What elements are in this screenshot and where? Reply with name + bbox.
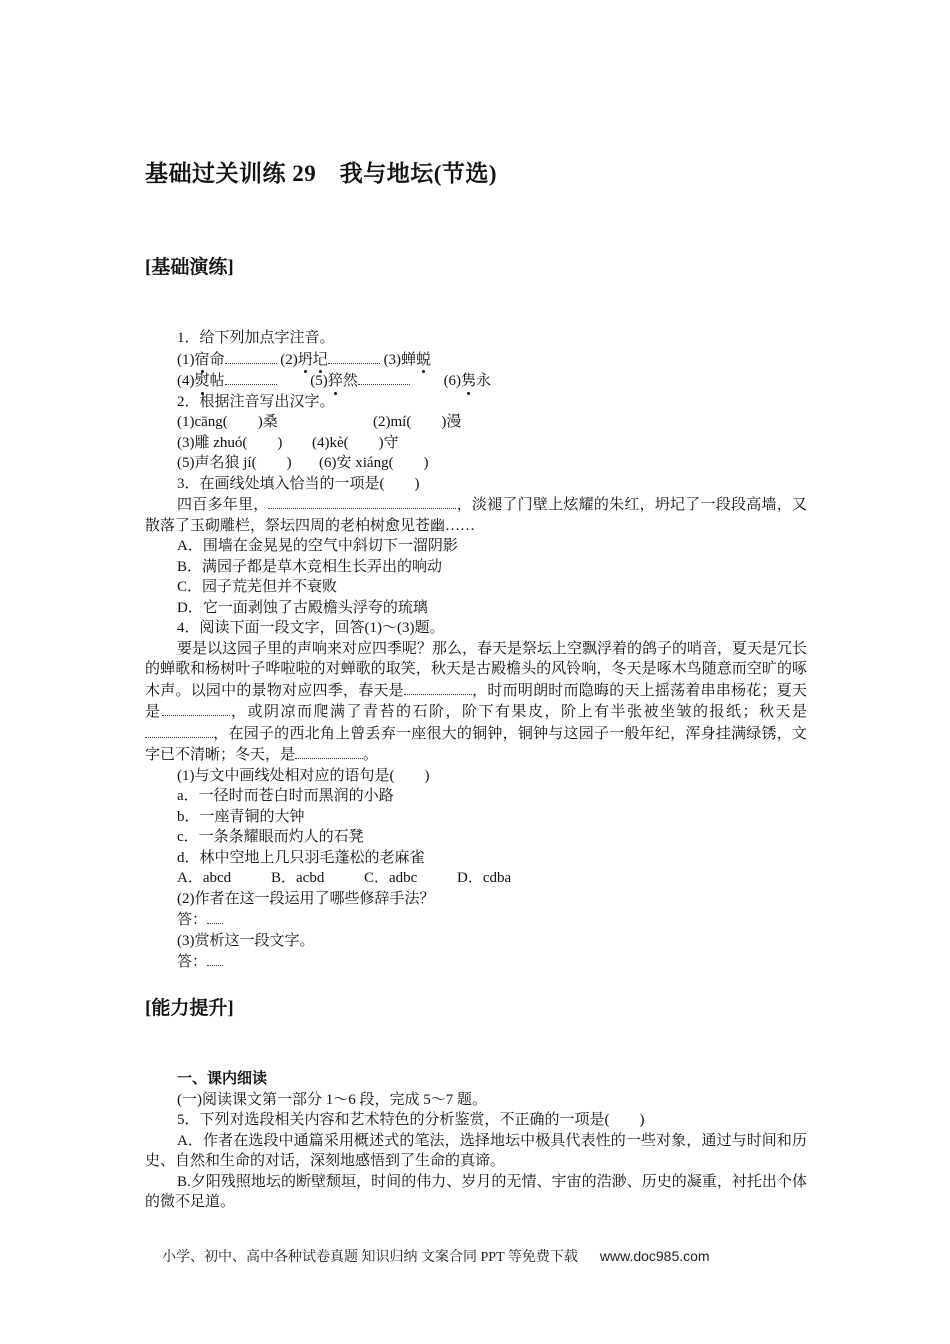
question-4-sub-1: (1)与文中画线处相对应的语句是( ) [145,766,807,787]
footer-text: 小学、初中、高中各种试卷真题 知识归纳 文案合同 PPT 等免费下载 [162,1250,578,1265]
item-3: (3)蝉蜕 [384,352,432,368]
option-b[interactable]: B．acbd [271,868,364,889]
question-1-row-1: (1)宿命 (2)坍圮 (3)蝉蜕 [145,349,807,371]
item-2: (2)坍圮 [280,352,328,368]
option-b[interactable]: B．满园子都是草木竞相生长弄出的响动 [145,557,807,578]
item-1: (1)宿命 [177,352,225,368]
answer-blank[interactable] [358,370,410,385]
answer-blank[interactable] [207,909,223,924]
question-2-row-3: (5)声名狼 jí( )(6)安 xiáng( ) [145,453,807,474]
option-d[interactable]: D．cdba [457,870,511,886]
part-1-heading: 一、课内细读 [145,1069,807,1090]
question-2-row-2: (3)雕 zhuó( )(4)kè( )守 [145,433,807,454]
question-4-sub-2: (2)作者在这一段运用了哪些修辞手法？ [145,889,807,910]
answer-blank[interactable] [145,723,213,738]
page-title: 基础过关训练 29 我与地坛(节选) [145,155,497,188]
option-d[interactable]: D．它一面剥蚀了古殿檐头浮夸的琉璃 [145,598,807,619]
answer-blank[interactable] [328,349,380,364]
question-1-row-2: (4)熨帖 (5)猝然 (6)隽永 [145,370,807,392]
question-3-passage: 四百多年里，，淡褪了门壁上炫耀的朱红，坍圮了一段段高墙，又散落了玉砌雕栏，祭坛四… [145,494,807,536]
question-5-option-b[interactable]: B.夕阳残照地坛的断壁颓垣，时间的伟力、岁月的无情、宇宙的浩渺、历史的凝重，衬托… [145,1172,807,1213]
section-heading-advanced: [能力提升] [145,993,234,1020]
option-a[interactable]: A．abcd [177,868,271,889]
option-c[interactable]: C．园子荒芜但并不衰败 [145,577,807,598]
option-a[interactable]: A．围墙在金晃晃的空气中斜切下一溜阴影 [145,536,807,557]
item-6: (6)隽永 [444,373,492,389]
question-4-options: A．abcdB．acbdC．adbcD．cdba [145,868,807,889]
question-2-row-1: (1)cāng( )桑(2)mí( )漫 [145,412,807,433]
sub-item-a: a．一径时而苍白时而黑润的小路 [145,786,807,807]
footer-url[interactable]: www.doc985.com [600,1248,710,1264]
question-1-stem: 1．给下列加点字注音。 [145,328,807,349]
part-1-intro: (一)阅读课文第一部分 1～6 段，完成 5～7 题。 [145,1090,807,1111]
question-5-option-a[interactable]: A．作者在选段中通篇采用概述式的笔法，选择地坛中极具代表性的一些对象，通过与时间… [145,1131,807,1172]
answer-blank[interactable] [268,494,456,509]
answer-line-3: 答： [145,951,807,973]
item-4: (4)熨帖 [177,373,225,389]
question-4-sub-3: (3)赏析这一段文字。 [145,931,807,952]
question-4-passage: 要是以这园子里的声响来对应四季呢？那么，春天是祭坛上空飘浮着的鸽子的哨音，夏天是… [145,639,807,766]
page-footer: 小学、初中、高中各种试卷真题 知识归纳 文案合同 PPT 等免费下载www.do… [162,1246,710,1266]
answer-blank[interactable] [207,951,223,966]
question-1: 1．给下列加点字注音。 (1)宿命 (2)坍圮 (3)蝉蜕 (4)熨帖 (5)猝… [145,328,807,973]
option-c[interactable]: C．adbc [364,868,457,889]
answer-blank[interactable] [225,370,277,385]
answer-blank[interactable] [295,744,363,759]
answer-line-2: 答： [145,909,807,931]
answer-blank[interactable] [162,701,230,716]
part-1: 一、课内细读 (一)阅读课文第一部分 1～6 段，完成 5～7 题。 5．下列对… [145,1069,807,1213]
question-4-stem: 4．阅读下面一段文字，回答(1)～(3)题。 [145,618,807,639]
sub-item-d: d．林中空地上几只羽毛蓬松的老麻雀 [145,848,807,869]
sub-item-b: b．一座青铜的大钟 [145,807,807,828]
question-5-stem: 5．下列对选段相关内容和艺术特色的分析鉴赏，不正确的一项是( ) [145,1110,807,1131]
question-2-stem: 2．根据注音写出汉字。 [145,392,807,413]
answer-blank[interactable] [404,680,472,695]
section-heading-basic: [基础演练] [145,252,234,279]
answer-blank[interactable] [225,349,277,364]
question-3-stem: 3．在画线处填入恰当的一项是( ) [145,474,807,495]
sub-item-c: c．一条条耀眼而灼人的石凳 [145,827,807,848]
item-5: (5)猝然 [310,373,358,389]
